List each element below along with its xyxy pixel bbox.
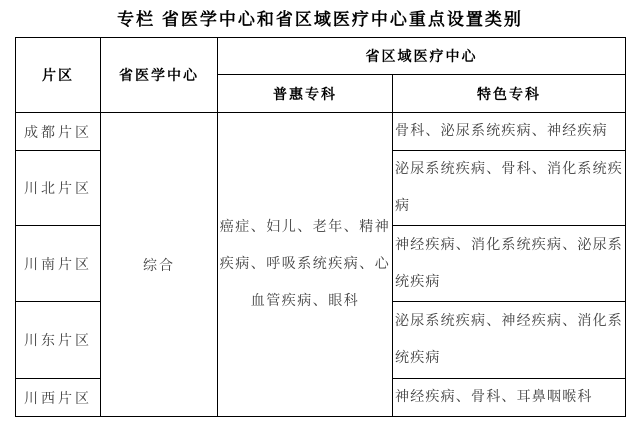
featured-specialty-cell-chuandong: 泌尿系统疾病、神经疾病、消化系 统疾病 <box>393 302 626 379</box>
table-title: 专栏 省医学中心和省区域医疗中心重点设置类别 <box>0 7 640 33</box>
district-cell-chuanbei: 川北片区 <box>16 151 101 226</box>
provincial-medical-center-cell: 综合 <box>101 113 218 417</box>
district-cell-chuandong: 川东片区 <box>16 302 101 379</box>
featured-specialty-cell-chuanxi: 神经疾病、骨科、耳鼻咽喉科 <box>393 379 626 417</box>
featured-specialty-cell-chuanbei: 泌尿系统疾病、骨科、消化系统疾 病 <box>393 151 626 226</box>
header-universal-specialty: 普惠专科 <box>218 75 393 113</box>
header-featured-specialty: 特色专科 <box>393 75 626 113</box>
universal-specialty-cell: 癌症、妇儿、老年、精神 疾病、呼吸系统疾病、心 血管疾病、眼科 <box>218 113 393 417</box>
featured-specialty-cell-chengdu: 骨科、泌尿系统疾病、神经疾病 <box>393 113 626 151</box>
header-provincial-regional-medical-center: 省区域医疗中心 <box>218 38 626 75</box>
district-cell-chuannan: 川南片区 <box>16 226 101 302</box>
table-row: 成都片区 综合 癌症、妇儿、老年、精神 疾病、呼吸系统疾病、心 血管疾病、眼科 … <box>16 113 626 151</box>
district-cell-chuanxi: 川西片区 <box>16 379 101 417</box>
document-page: 专栏 省医学中心和省区域医疗中心重点设置类别 片区 省医学中心 省区域医疗中心 … <box>0 0 640 424</box>
district-cell-chengdu: 成都片区 <box>16 113 101 151</box>
medical-center-category-table: 片区 省医学中心 省区域医疗中心 普惠专科 特色专科 成都片区 综合 癌症、妇儿… <box>15 37 626 417</box>
featured-specialty-cell-chuannan: 神经疾病、消化系统疾病、泌尿系 统疾病 <box>393 226 626 302</box>
header-district: 片区 <box>16 38 101 113</box>
header-provincial-medical-center: 省医学中心 <box>101 38 218 113</box>
